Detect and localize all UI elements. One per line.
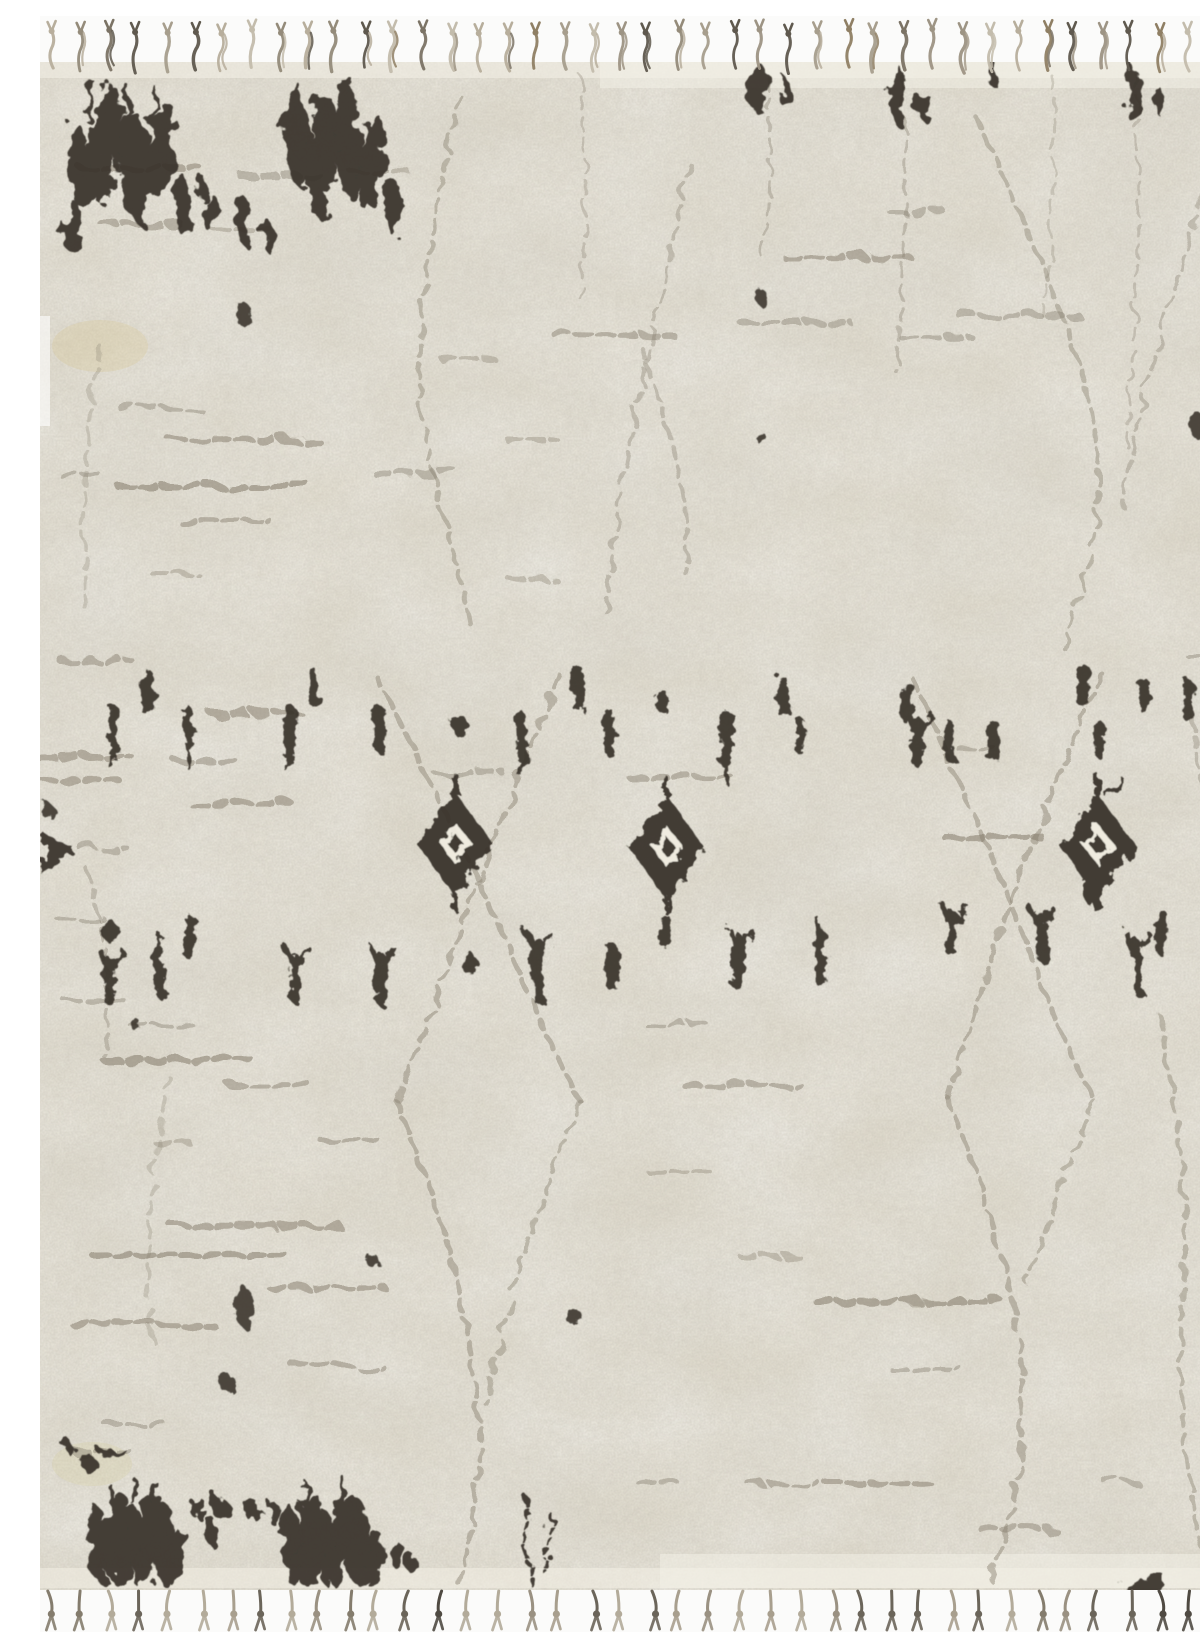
rug-image [40, 16, 1200, 1632]
rug-pile [40, 58, 1200, 1608]
pile-texture-layer [40, 62, 1200, 1590]
pile-light-band [40, 316, 50, 426]
rug-product-photo: Cream ivory Moroccan-style shag area rug… [40, 16, 1200, 1632]
pile-light-band [660, 1554, 1200, 1588]
